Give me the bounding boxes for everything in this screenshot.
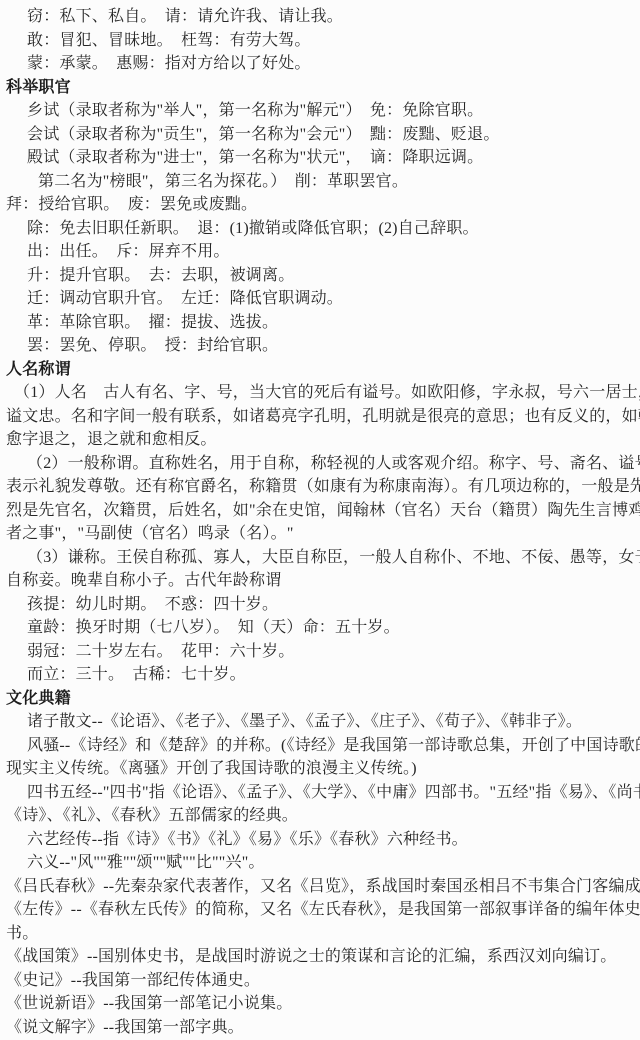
text-line: 孩提：幼儿时期。 不惑：四十岁。 xyxy=(0,593,640,617)
section-heading: 文化典籍 xyxy=(0,687,640,711)
text-line: 罢：罢免、停职。 授：封给官职。 xyxy=(0,334,640,358)
text-line: 革：革除官职。 擢：提拔、选拔。 xyxy=(0,311,640,335)
text-line: 者之事"，"马副使（官名）鸣录（名）。" xyxy=(0,522,640,546)
text-line: 会试（录取者称为"贡生"，第一名称为"会元"） 黜：废黜、贬退。 xyxy=(0,123,640,147)
text-line: 迁：调动官职升官。 左迁：降低官职调动。 xyxy=(0,287,640,311)
text-line: 蒙：承蒙。 惠赐：指对方给以了好处。 xyxy=(0,52,640,76)
text-line: 而立：三十。 古稀：七十岁。 xyxy=(0,663,640,687)
document-page: 窃：私下、私自。 请：请允许我、请让我。敢：冒犯、冒昧地。 枉驾：有劳大驾。蒙：… xyxy=(0,0,640,1040)
text-line: 升：提升官职。 去：去职，被调离。 xyxy=(0,264,640,288)
text-line: 《战国策》--国别体史书，是战国时游说之士的策谋和言论的汇编，系西汉刘向编订。 xyxy=(0,945,640,969)
text-line: 《世说新语》--我国第一部笔记小说集。 xyxy=(0,992,640,1016)
text-line: 除：免去旧职任新职。 退：(1)撤销或降低官职；(2)自己辞职。 xyxy=(0,217,640,241)
text-line: 六义--"风""雅""颂""赋""比""兴"。 xyxy=(0,851,640,875)
text-line: 六艺经传--指《诗》《书》《礼》《易》《乐》《春秋》六种经书。 xyxy=(0,828,640,852)
section-heading: 人名称谓 xyxy=(0,358,640,382)
text-line: （3）谦称。王侯自称孤、寡人，大臣自称臣，一般人自称仆、不地、不佞、愚等，女子 xyxy=(0,546,640,570)
text-line: 第二名为"榜眼"，第三名为探花。） 削：革职罢官。 xyxy=(0,170,640,194)
text-line: 《诗》、《礼》、《春秋》五部儒家的经典。 xyxy=(0,804,640,828)
text-line: 自称妾。晚辈自称小子。古代年龄称谓 xyxy=(0,569,640,593)
text-line: 敢：冒犯、冒昧地。 枉驾：有劳大驾。 xyxy=(0,29,640,53)
document-body: 窃：私下、私自。 请：请允许我、请让我。敢：冒犯、冒昧地。 枉驾：有劳大驾。蒙：… xyxy=(0,5,640,1039)
text-line: 窃：私下、私自。 请：请允许我、请让我。 xyxy=(0,5,640,29)
text-line: 烈是先官名，次籍贯，后姓名，如"余在史馆，闻翰林（官名）天台（籍贯）陶先生言博鸡 xyxy=(0,499,640,523)
text-line: 四书五经--"四书"指《论语》、《孟子》、《大学》、《中庸》四部书。"五经"指《… xyxy=(0,781,640,805)
text-line: 拜：授给官职。 废：罢免或废黜。 xyxy=(0,193,640,217)
text-line: 《史记》--我国第一部纪传体通史。 xyxy=(0,969,640,993)
section-heading: 科举职官 xyxy=(0,76,640,100)
text-line: 现实主义传统。《离骚》开创了我国诗歌的浪漫主义传统。) xyxy=(0,757,640,781)
text-line: 《左传》--《春秋左氏传》的简称，又名《左氏春秋》，是我国第一部叙事详备的编年体… xyxy=(0,898,640,922)
text-line: 谥文忠。名和字间一般有联系，如诸葛亮字孔明，孔明就是很亮的意思；也有反义的，如韩 xyxy=(0,405,640,429)
text-line: 愈字退之，退之就和愈相反。 xyxy=(0,428,640,452)
text-line: 殿试（录取者称为"进士"，第一名称为"状元"， 谪：降职远调。 xyxy=(0,146,640,170)
text-line: 童龄：换牙时期（七八岁）。 知（天）命：五十岁。 xyxy=(0,616,640,640)
text-line: （1）人名 古人有名、字、号，当大官的死后有谥号。如欧阳修，字永叔，号六一居士， xyxy=(0,381,640,405)
text-line: 弱冠：二十岁左右。 花甲：六十岁。 xyxy=(0,640,640,664)
text-line: 风骚--《诗经》和《楚辞》的并称。(《诗经》是我国第一部诗歌总集，开创了中国诗歌… xyxy=(0,734,640,758)
text-line: 诸子散文--《论语》、《老子》、《墨子》、《孟子》、《庄子》、《荀子》、《韩非子… xyxy=(0,710,640,734)
text-line: 表示礼貌发尊敬。还有称官爵名，称籍贯（如康有为称康南海）。有几项边称的，一般是先 xyxy=(0,475,640,499)
text-line: 《吕氏春秋》--先秦杂家代表著作，又名《吕览》，系战国时秦国丞相吕不韦集合门客编… xyxy=(0,875,640,899)
text-line: 书。 xyxy=(0,922,640,946)
text-line: 《说文解字》--我国第一部字典。 xyxy=(0,1016,640,1040)
text-line: 出：出任。 斥：屏弃不用。 xyxy=(0,240,640,264)
text-line: （2）一般称谓。直称姓名，用于自称，称轻视的人或客观介绍。称字、号、斋名、谥号 xyxy=(0,452,640,476)
text-line: 乡试（录取者称为"举人"，第一名称为"解元"） 免：免除官职。 xyxy=(0,99,640,123)
